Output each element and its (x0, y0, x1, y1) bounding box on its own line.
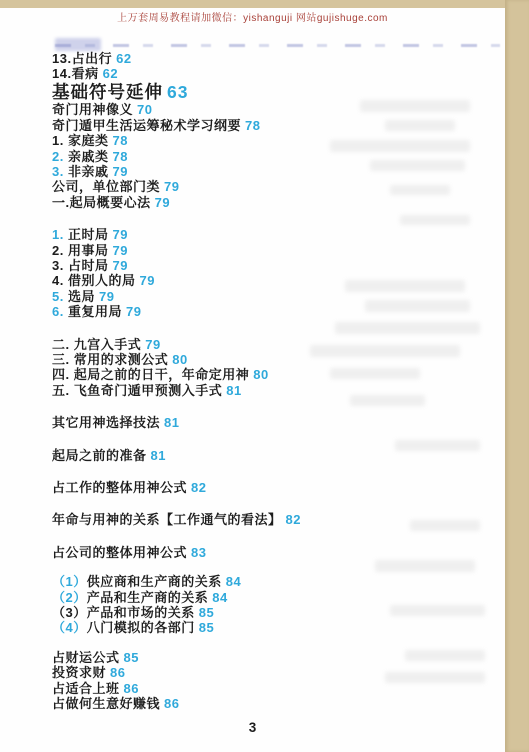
watermark-header: 上万套周易教程请加微信：yishanguji 网站gujishuge.com (0, 9, 505, 24)
entry-title: 占适合上班 (52, 681, 120, 696)
entry-title: 供应商和生产商的关系 (87, 574, 222, 589)
toc-entry: 3. 占时局79 (52, 258, 482, 273)
entry-title: 选局 (68, 289, 95, 304)
entry-title: 看病 (72, 66, 99, 81)
entry-prefix: 3. (52, 258, 68, 273)
toc-entry: 公司，单位部门类79 (52, 179, 482, 194)
entry-title: 占工作的整体用神公式 (52, 480, 187, 495)
toc-entry: 占做何生意好赚钱86 (52, 696, 482, 711)
entry-page-number: 79 (112, 227, 127, 242)
entry-title: 占做何生意好赚钱 (52, 696, 160, 711)
entry-title: 基础符号延伸 (52, 82, 163, 102)
entry-prefix: 14. (52, 66, 72, 81)
toc-entry: 奇门遁甲生活运筹秘术学习纲要78 (52, 118, 482, 133)
toc-entry: （2）产品和生产商的关系84 (52, 590, 482, 605)
entry-page-number: 85 (199, 620, 214, 635)
entry-prefix: 五. (52, 383, 74, 398)
toc-entry: 6. 重复用局79 (52, 304, 482, 319)
bleedthrough-dashes (55, 44, 500, 47)
toc-entry: 1. 正时局79 (52, 227, 482, 242)
entry-title: 重复用局 (68, 304, 122, 319)
entry-page-number: 78 (112, 133, 127, 148)
toc-entry: 3. 非亲戚79 (52, 164, 482, 179)
entry-page-number: 78 (112, 149, 127, 164)
entry-prefix: （1） (52, 574, 87, 589)
entry-title: 占出行 (72, 51, 113, 66)
entry-title: 其它用神选择技法 (52, 415, 160, 430)
entry-page-number: 80 (253, 367, 268, 382)
toc-entry: 五. 飞鱼奇门遁甲预测入手式81 (52, 383, 482, 398)
entry-page-number: 82 (191, 480, 206, 495)
entry-title: 奇门用神像义 (52, 102, 133, 117)
toc-entry: 2. 用事局79 (52, 243, 482, 258)
entry-title: 投资求财 (52, 665, 106, 680)
entry-title: 正时局 (68, 227, 109, 242)
entry-title: 占公司的整体用神公式 (52, 545, 187, 560)
toc-entry: （3）产品和市场的关系85 (52, 605, 482, 620)
entry-title: 占财运公式 (52, 650, 120, 665)
entry-prefix: 一. (52, 195, 70, 210)
entry-title: 家庭类 (68, 133, 109, 148)
entry-page-number: 79 (155, 195, 170, 210)
entry-page-number: 81 (226, 383, 241, 398)
entry-prefix: 三. (52, 352, 74, 367)
entry-prefix: （4） (52, 620, 87, 635)
toc-entry: 2. 亲戚类78 (52, 149, 482, 164)
entry-prefix: 二. (52, 337, 74, 352)
entry-prefix: 1. (52, 227, 68, 242)
entry-prefix: （2） (52, 590, 87, 605)
entry-page-number: 79 (112, 164, 127, 179)
entry-page-number: 85 (124, 650, 139, 665)
toc-entry: 1. 家庭类78 (52, 133, 482, 148)
entry-page-number: 84 (212, 590, 227, 605)
toc-entry: 5. 选局79 (52, 289, 482, 304)
entry-prefix: 13. (52, 51, 72, 66)
entry-page-number: 70 (137, 102, 152, 117)
entry-title: 常用的求测公式 (74, 352, 169, 367)
scan-border-right (505, 0, 529, 752)
entry-page-number: 79 (112, 243, 127, 258)
toc-entry: 三. 常用的求测公式80 (52, 352, 482, 367)
entry-page-number: 79 (112, 258, 127, 273)
entry-page-number: 84 (226, 574, 241, 589)
entry-title: 公司，单位部门类 (52, 179, 160, 194)
entry-page-number: 79 (164, 179, 179, 194)
entry-prefix: 3. (52, 164, 68, 179)
toc-entry: 占公司的整体用神公式83 (52, 545, 482, 560)
entry-title: 年命与用神的关系【工作通气的看法】 (52, 512, 282, 527)
entry-page-number: 81 (151, 448, 166, 463)
toc-entry: 占财运公式85 (52, 650, 482, 665)
entry-page-number: 81 (164, 415, 179, 430)
entry-title: 亲戚类 (68, 149, 109, 164)
entry-prefix: 四. (52, 367, 74, 382)
entry-title: 起局之前的准备 (52, 448, 147, 463)
entry-page-number: 62 (103, 66, 118, 81)
entry-title: 产品和市场的关系 (87, 605, 195, 620)
entry-page-number: 79 (126, 304, 141, 319)
toc-entry: 占适合上班86 (52, 681, 482, 696)
entry-title: 非亲戚 (68, 164, 109, 179)
scan-border-top (0, 0, 529, 8)
toc-entry: 基础符号延伸63 (52, 82, 482, 103)
toc-entry: 一.起局概要心法79 (52, 195, 482, 210)
toc-entry: 4. 借别人的局79 (52, 273, 482, 288)
toc-entry: 14.看病62 (52, 66, 482, 81)
toc-entry: 年命与用神的关系【工作通气的看法】82 (52, 512, 482, 527)
entry-page-number: 80 (172, 352, 187, 367)
toc-entry: 起局之前的准备81 (52, 448, 482, 463)
entry-page-number: 86 (124, 681, 139, 696)
entry-page-number: 82 (286, 512, 301, 527)
toc-entry: 四. 起局之前的日干，年命定用神80 (52, 367, 482, 382)
entry-prefix: 6. (52, 304, 68, 319)
toc-entry: （4）八门模拟的各部门85 (52, 620, 482, 635)
entry-title: 产品和生产商的关系 (87, 590, 209, 605)
entry-prefix: 4. (52, 273, 68, 288)
toc-entry: 二. 九宫入手式79 (52, 337, 482, 352)
entry-page-number: 79 (99, 289, 114, 304)
toc-entry: 其它用神选择技法81 (52, 415, 482, 430)
entry-page-number: 86 (110, 665, 125, 680)
entry-prefix: 1. (52, 133, 68, 148)
entry-title: 奇门遁甲生活运筹秘术学习纲要 (52, 118, 241, 133)
entry-prefix: 2. (52, 149, 68, 164)
toc-entry: 占工作的整体用神公式82 (52, 480, 482, 495)
entry-page-number: 63 (167, 82, 188, 102)
entry-title: 起局之前的日干，年命定用神 (74, 367, 250, 382)
entry-page-number: 78 (245, 118, 260, 133)
entry-title: 八门模拟的各部门 (87, 620, 195, 635)
entry-title: 飞鱼奇门遁甲预测入手式 (74, 383, 223, 398)
toc-list: 13.占出行6214.看病62基础符号延伸63奇门用神像义70奇门遁甲生活运筹秘… (52, 51, 482, 712)
page-number: 3 (0, 720, 505, 735)
entry-page-number: 79 (145, 337, 160, 352)
entry-title: 占时局 (68, 258, 109, 273)
entry-title: 起局概要心法 (70, 195, 151, 210)
entry-page-number: 86 (164, 696, 179, 711)
entry-page-number: 62 (116, 51, 131, 66)
entry-title: 借别人的局 (68, 273, 136, 288)
entry-title: 九宫入手式 (74, 337, 142, 352)
toc-entry: 13.占出行62 (52, 51, 482, 66)
entry-title: 用事局 (68, 243, 109, 258)
entry-page-number: 83 (191, 545, 206, 560)
entry-page-number: 79 (139, 273, 154, 288)
toc-entry: 投资求财86 (52, 665, 482, 680)
toc-entry: 奇门用神像义70 (52, 102, 482, 117)
entry-prefix: （3） (52, 605, 87, 620)
entry-prefix: 2. (52, 243, 68, 258)
entry-prefix: 5. (52, 289, 68, 304)
toc-entry: （1）供应商和生产商的关系84 (52, 574, 482, 589)
entry-page-number: 85 (199, 605, 214, 620)
